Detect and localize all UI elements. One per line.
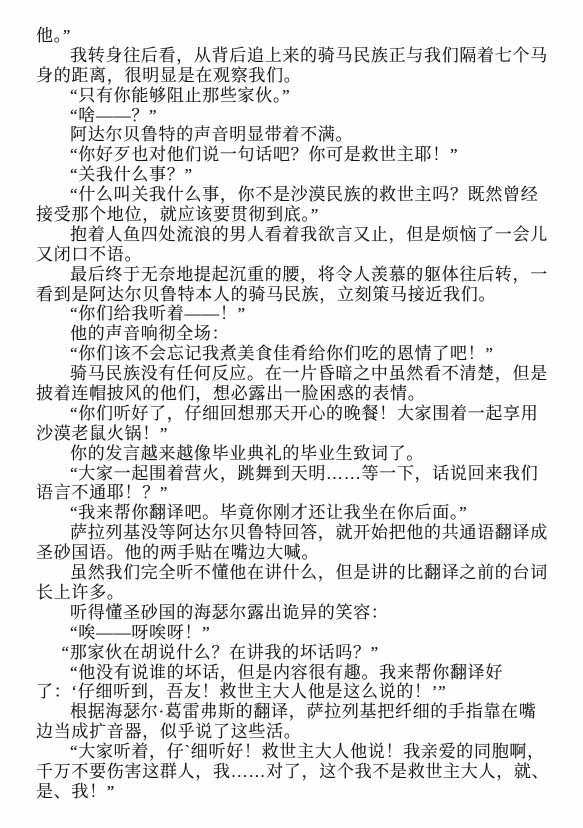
text-line: 长上许多。 [36,583,555,603]
text-line: 沙漠老鼠火锅！” [36,424,555,444]
text-line: 他的声音响彻全场： [36,324,555,344]
page-text: 他。”我转身往后看，从背后追上来的骑马民族正与我们隔着七个马身的距离，很明显是在… [36,26,555,802]
book-page: 他。”我转身往后看，从背后追上来的骑马民族正与我们隔着七个马身的距离，很明显是在… [0,0,583,828]
text-line: 接受那个地位，就应该要贯彻到底。” [36,205,555,225]
text-line: “关我什么事？” [36,165,555,185]
text-line: “唉——呀唉呀！” [36,623,555,643]
text-line: “只有你能够阻止那些家伙。” [36,86,555,106]
text-line: “那家伙在胡说什么？在讲我的坏话吗？” [36,643,555,663]
text-line: “你好歹也对他们说一句话吧？你可是救世主耶！” [36,145,555,165]
text-line: 边当成扩音器，似乎说了这些活。 [36,722,555,742]
text-line: “我来帮你翻译吧。毕竟你刚才还让我坐在你后面。” [36,503,555,523]
text-line: 我转身往后看，从背后追上来的骑马民族正与我们隔着七个马 [36,46,555,66]
text-line: 圣砂国语。他的两手贴在嘴边大喊。 [36,543,555,563]
text-line: 阿达尔贝鲁特的声音明显带着不满。 [36,125,555,145]
text-line: 骑马民族没有任何反应。在一片昏暗之中虽然看不清楚，但是 [36,364,555,384]
text-line: 他。” [36,26,555,46]
text-line: “啥——？” [36,106,555,126]
text-line: 是、我！” [36,782,555,802]
text-line: 披着连帽披风的他们，想必露出一脸困惑的表情。 [36,384,555,404]
text-line: “你们听好了，仔细回想那天开心的晚餐！大家围着一起享用 [36,404,555,424]
text-line: “大家听着，仔`细听好！救世主大人他说！我亲爱的同胞啊， [36,742,555,762]
text-line: 萨拉列基没等阿达尔贝鲁特回答，就开始把他的共通语翻译成 [36,523,555,543]
text-line: “你们给我听着——！” [36,304,555,324]
text-line: 看到是阿达尔贝鲁特本人的骑马民族，立刻策马接近我们。 [36,285,555,305]
text-line: “什么叫关我什么事，你不是沙漠民族的救世主吗？既然曾经 [36,185,555,205]
text-line: 虽然我们完全听不懂他在讲什么，但是讲的比翻译之前的台词 [36,563,555,583]
text-line: 千万不要伤害这群人，我……对了，这个我不是救世主大人，就、 [36,762,555,782]
text-line: “大家一起围着营火，跳舞到天明……等一下，话说回来我们 [36,464,555,484]
text-line: “他没有说谁的坏话，但是内容很有趣。我来帮你翻译好 [36,663,555,683]
text-line: 最后终于无奈地提起沉重的腰，将令人羡慕的躯体往后转，一 [36,265,555,285]
text-line: 语言不通耶！？” [36,483,555,503]
text-line: 了：‘仔细听到，吾友！救世主大人他是这么说的！’” [36,682,555,702]
text-line: 你的发言越来越像毕业典礼的毕业生致词了。 [36,444,555,464]
text-line: 又闭口不语。 [36,245,555,265]
text-line: 根据海瑟尔·葛雷弗斯的翻译，萨拉列基把纤细的手指靠在嘴 [36,702,555,722]
text-line: 抱着人鱼四处流浪的男人看着我欲言又止，但是烦恼了一会儿 [36,225,555,245]
text-line: 身的距离，很明显是在观察我们。 [36,66,555,86]
text-line: “你们该不会忘记我煮美食佳肴给你们吃的恩情了吧！” [36,344,555,364]
text-line: 听得懂圣砂国的海瑟尔露出诡异的笑容： [36,603,555,623]
